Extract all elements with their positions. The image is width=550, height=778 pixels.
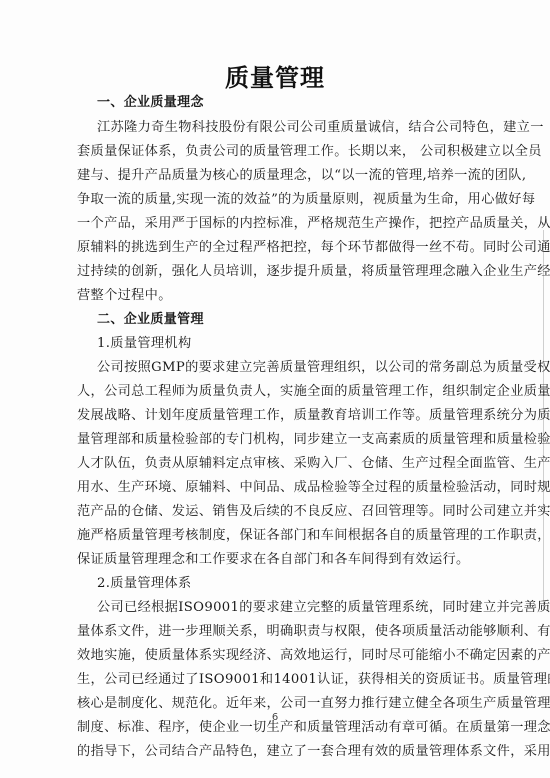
paragraph-line: 1.质量管理机构 bbox=[97, 333, 407, 355]
paragraph-line: 保证质量管理理念和工作要求在各自部门和各车间得到有效运行。 bbox=[77, 549, 407, 571]
paragraph-line: 江苏隆力奇生物科技股份有限公司公司重质量诚信，结合公司特色，建立一 bbox=[97, 117, 407, 139]
paragraph-line: 发展战略、计划年度质量管理工作，质量教育培训工作等。质量管理系统分为质 bbox=[77, 405, 407, 427]
paragraph-line: 用水、生产环境、原辅料、中间品、成品检验等全过程的质量检验活动，同时规 bbox=[77, 477, 407, 499]
paragraph-line: 建与、提升产品质量为核心的质量理念，以“以一流的管理,培养一流的团队, bbox=[77, 165, 407, 187]
paragraph-line: 2.质量管理体系 bbox=[97, 573, 407, 595]
section-heading: 一、企业质量理念 bbox=[97, 92, 407, 114]
page-number: 6 bbox=[0, 712, 550, 723]
page-title: 质量管理 bbox=[0, 58, 550, 93]
paragraph-line: 人，公司总工程师为质量负责人，实施全面的质量管理工作，组织制定企业质量 bbox=[77, 381, 407, 403]
document-page: 质量管理 一、企业质量理念江苏隆力奇生物科技股份有限公司公司重质量诚信，结合公司… bbox=[0, 0, 550, 778]
paragraph-line: 公司已经根据ISO9001的要求建立完整的质量管理系统，同时建立并完善质 bbox=[97, 597, 407, 619]
paragraph-line: 人才队伍，负责从原辅料定点审核、采购入厂、仓储、生产过程全面监管、生产 bbox=[77, 453, 407, 475]
paragraph-line: 争取一流的质量,实现一流的效益”的为质量原则，视质量为生命，用心做好每 bbox=[77, 189, 407, 211]
paragraph-line: 公司按照GMP的要求建立完善质量管理组织，以公司的常务副总为质量受权 bbox=[97, 357, 407, 379]
paragraph-line: 量管理部和质量检验部的专门机构，同步建立一支高素质的质量管理和质量检验 bbox=[77, 429, 407, 451]
paragraph-line: 效地实施，使质量体系实现经济、高效地运行，同时尽可能缩小不确定因素的产 bbox=[77, 645, 407, 667]
paragraph-line: 生，公司已经通过了ISO9001和14001认证，获得相关的资质证书。质量管理的 bbox=[77, 669, 407, 691]
paragraph-line: 量体系文件，进一步理顺关系，明确职责与权限，使各项质量活动能够顺利、有 bbox=[77, 621, 407, 643]
paragraph-line: 套质量保证体系，负责公司的质量管理工作。长期以来， 公司积极建立以全员 bbox=[77, 141, 407, 163]
section-heading: 二、企业质量管理 bbox=[97, 309, 407, 331]
paragraph-line: 一个产品，采用严于国标的内控标准，严格规范生产操作，把控产品质量关，从 bbox=[77, 213, 407, 235]
paragraph-line: 的指导下，公司结合产品特色，建立了一套合理有效的质量管理体系文件，采用 bbox=[77, 741, 407, 763]
paragraph-line: 施严格质量管理考核制度，保证各部门和车间根据各自的质量管理的工作职责， bbox=[77, 525, 407, 547]
paragraph-line: 营整个过程中。 bbox=[77, 285, 407, 307]
paragraph-line: 原辅料的挑选到生产的全过程严格把控，每个环节都做得一丝不苟。同时公司通 bbox=[77, 237, 407, 259]
paragraph-line: 过持续的创新，强化人员培训，逐步提升质量，将质量管理理念融入企业生产经 bbox=[77, 261, 407, 283]
paragraph-line: 范产品的仓储、发运、销售及后续的不良反应、召回管理等。同时公司建立并实 bbox=[77, 501, 407, 523]
